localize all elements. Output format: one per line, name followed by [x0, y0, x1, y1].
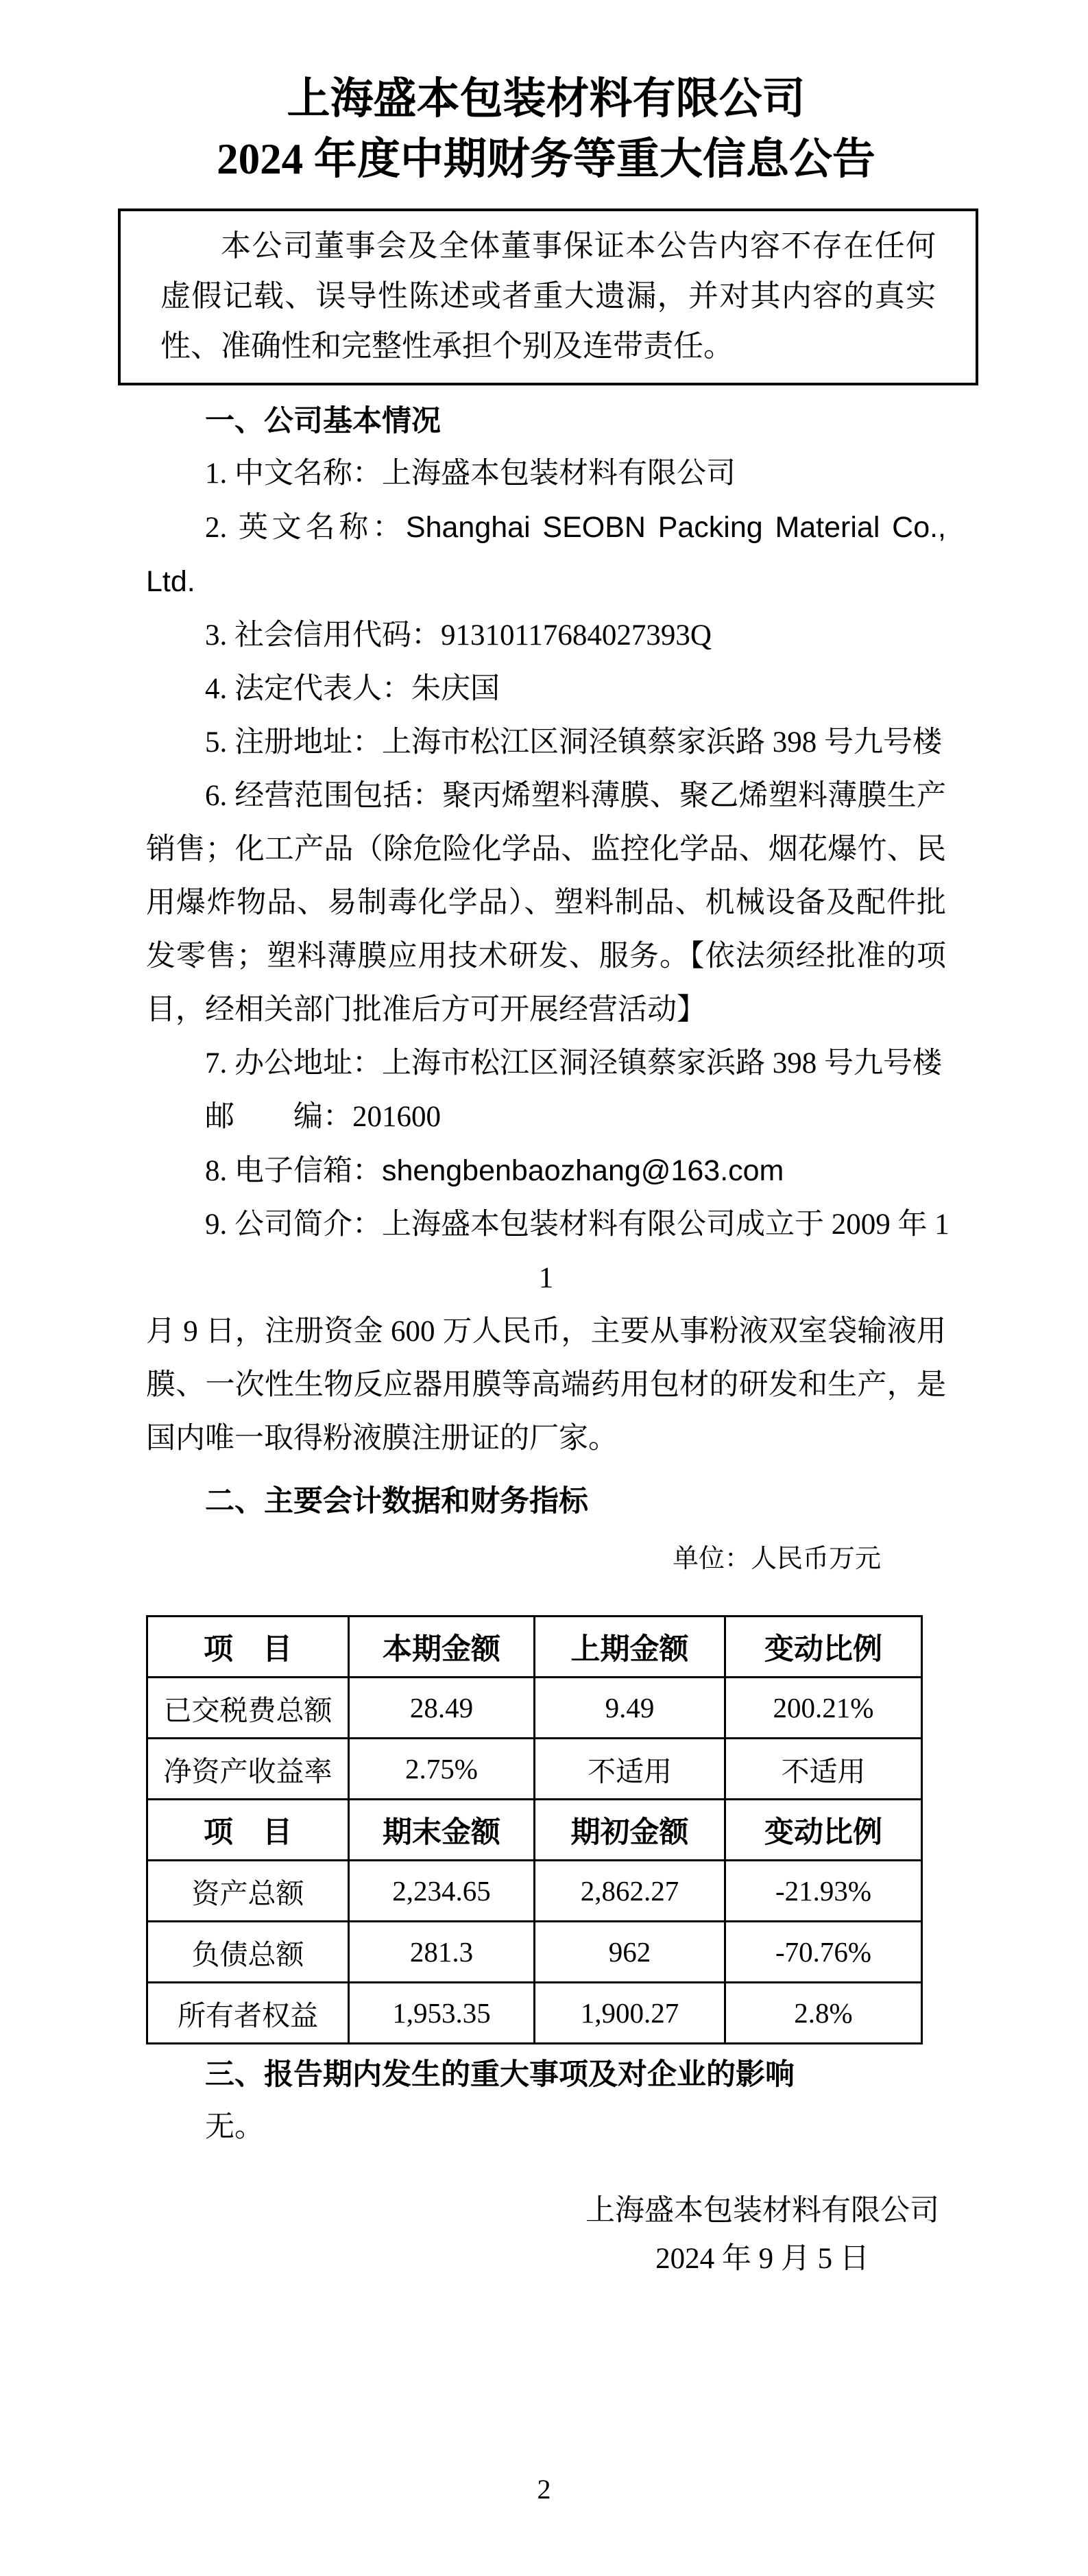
cell-label: 净资产收益率	[147, 1739, 349, 1800]
document-title: 上海盛本包装材料有限公司 2024 年度中期财务等重大信息公告	[146, 69, 946, 189]
cell-value: -70.76%	[725, 1922, 922, 1983]
board-notice-text: 本公司董事会及全体董事保证本公告内容不存在任何虚假记载、误导性陈述或者重大遗漏，…	[160, 221, 936, 371]
item-email-label: 8. 电子信箱：	[205, 1155, 382, 1187]
cell-value: 28.49	[349, 1678, 535, 1739]
section-3-heading: 三、报告期内发生的重大事项及对企业的影响	[146, 2049, 946, 2101]
header-cell-ending-amount: 期末金额	[349, 1800, 535, 1861]
item-english-name: 2. 英文名称：Shanghai SEOBN Packing Material …	[146, 501, 946, 609]
signature-date: 2024 年 9 月 5 日	[584, 2235, 941, 2283]
cell-value: 281.3	[349, 1922, 535, 1983]
table-row-taxes-paid: 已交税费总额 28.49 9.49 200.21%	[147, 1678, 922, 1739]
table-row-total-liabilities: 负债总额 281.3 962 -70.76%	[147, 1922, 922, 1983]
page-break-page-number: 1	[146, 1252, 946, 1305]
item-office-address: 7. 办公地址：上海市松江区洞泾镇蔡家浜路 398 号九号楼	[146, 1037, 946, 1090]
cell-value: 2,234.65	[349, 1861, 535, 1922]
item-credit-code: 3. 社会信用代码：91310117684027393Q	[146, 609, 946, 663]
table-row-roe: 净资产收益率 2.75% 不适用 不适用	[147, 1739, 922, 1800]
cell-value: 不适用	[535, 1739, 725, 1800]
title-line-1: 上海盛本包装材料有限公司	[146, 69, 946, 129]
currency-unit-note: 单位：人民币万元	[146, 1538, 921, 1579]
signature-block: 上海盛本包装材料有限公司 2024 年 9 月 5 日	[584, 2187, 941, 2283]
item-chinese-name: 1. 中文名称：上海盛本包装材料有限公司	[146, 447, 946, 501]
header-cell-change-ratio: 变动比例	[725, 1617, 922, 1678]
header-cell-prior-period: 上期金额	[535, 1617, 725, 1678]
section-2-heading: 二、主要会计数据和财务指标	[146, 1475, 946, 1527]
header-cell-item: 项 目	[147, 1800, 349, 1861]
cell-value: -21.93%	[725, 1861, 922, 1922]
item-company-profile-first-line: 9. 公司简介：上海盛本包装材料有限公司成立于 2009 年 1	[146, 1198, 946, 1252]
title-line-2: 2024 年度中期财务等重大信息公告	[146, 129, 946, 189]
cell-label: 资产总额	[147, 1861, 349, 1922]
cell-value: 1,900.27	[535, 1983, 725, 2044]
header-cell-item: 项 目	[147, 1617, 349, 1678]
item-english-name-label: 2. 英文名称：	[205, 512, 406, 544]
section-1-body: 1. 中文名称：上海盛本包装材料有限公司 2. 英文名称：Shanghai SE…	[146, 447, 946, 1466]
cell-value: 2,862.27	[535, 1861, 725, 1922]
cell-value: 200.21%	[725, 1678, 922, 1739]
table-row-total-assets: 资产总额 2,234.65 2,862.27 -21.93%	[147, 1861, 922, 1922]
cell-value: 2.75%	[349, 1739, 535, 1800]
item-email: 8. 电子信箱：shengbenbaozhang@163.com	[146, 1144, 946, 1198]
cell-value: 不适用	[725, 1739, 922, 1800]
section-3-content: 无。	[146, 2101, 946, 2154]
header-cell-change-ratio: 变动比例	[725, 1800, 922, 1861]
cell-label: 负债总额	[147, 1922, 349, 1983]
table-header-row-balance: 项 目 期末金额 期初金额 变动比例	[147, 1800, 922, 1861]
cell-value: 2.8%	[725, 1983, 922, 2044]
header-cell-beginning-amount: 期初金额	[535, 1800, 725, 1861]
item-company-profile-continuation: 月 9 日，注册资金 600 万人民币，主要从事粉液双室袋输液用膜、一次性生物反…	[146, 1305, 946, 1466]
financial-indicators-table: 项 目 本期金额 上期金额 变动比例 已交税费总额 28.49 9.49 200…	[146, 1615, 923, 2044]
table-header-row-period: 项 目 本期金额 上期金额 变动比例	[147, 1617, 922, 1678]
item-legal-representative: 4. 法定代表人：朱庆国	[146, 663, 946, 716]
cell-value: 1,953.35	[349, 1983, 535, 2044]
cell-value: 9.49	[535, 1678, 725, 1739]
document-page: 上海盛本包装材料有限公司 2024 年度中期财务等重大信息公告 本公司董事会及全…	[0, 0, 1088, 2576]
cell-value: 962	[535, 1922, 725, 1983]
board-notice-box: 本公司董事会及全体董事保证本公告内容不存在任何虚假记载、误导性陈述或者重大遗漏，…	[118, 208, 978, 385]
header-cell-current-period: 本期金额	[349, 1617, 535, 1678]
signature-company: 上海盛本包装材料有限公司	[584, 2187, 941, 2235]
item-registered-address: 5. 注册地址：上海市松江区洞泾镇蔡家浜路 398 号九号楼	[146, 716, 946, 770]
item-email-value: shengbenbaozhang@163.com	[382, 1154, 784, 1187]
table-row-owners-equity: 所有者权益 1,953.35 1,900.27 2.8%	[147, 1983, 922, 2044]
section-1-heading: 一、公司基本情况	[146, 395, 946, 447]
cell-label: 所有者权益	[147, 1983, 349, 2044]
item-business-scope: 6. 经营范围包括：聚丙烯塑料薄膜、聚乙烯塑料薄膜生产销售；化工产品（除危险化学…	[146, 770, 946, 1037]
item-postcode: 邮 编：201600	[146, 1090, 946, 1144]
cell-label: 已交税费总额	[147, 1678, 349, 1739]
page-number: 2	[0, 2469, 1088, 2510]
